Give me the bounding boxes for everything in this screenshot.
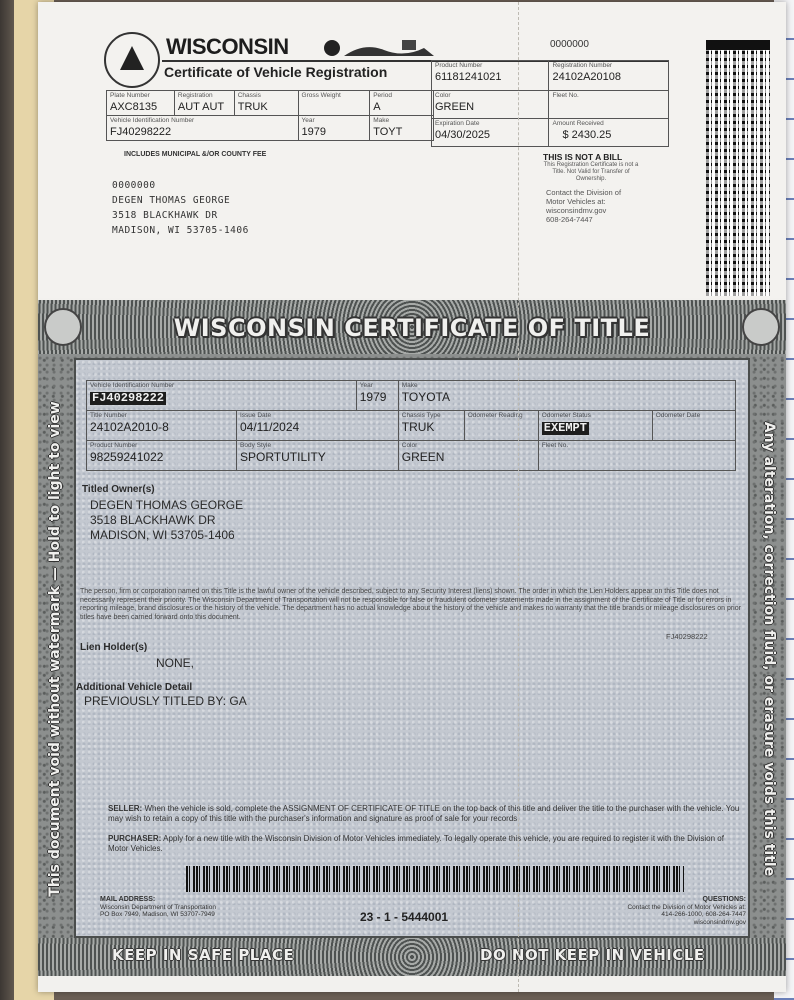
product-number-cell: Product Number61181241021 <box>432 61 549 91</box>
title-barcode <box>186 866 684 892</box>
dmv-contact: Contact the Division of Motor Vehicles a… <box>546 188 621 224</box>
vin-highlight: FJ40298222 <box>90 392 166 405</box>
mail-address: MAIL ADDRESS: Wisconsin Department of Tr… <box>100 896 216 919</box>
plate-number-cell: Plate NumberAXC8135 <box>107 91 175 116</box>
registration-grid-left: Plate NumberAXC8135 RegistrationAUT AUT … <box>106 90 434 141</box>
title-number-cell: Title Number24102A2010-8 <box>87 411 237 441</box>
titled-owners: DEGEN THOMAS GEORGE 3518 BLACKHAWK DR MA… <box>90 498 243 543</box>
questions-contact: QUESTIONS: Contact the Division of Motor… <box>596 896 746 926</box>
fee-note: INCLUDES MUNICIPAL &/OR COUNTY FEE <box>124 151 266 158</box>
lien-holders-value: NONE, <box>156 656 194 671</box>
title-vehicle-grid: Vehicle Identification NumberFJ40298222 … <box>86 380 736 471</box>
additional-detail-label: Additional Vehicle Detail <box>76 682 192 693</box>
odometer-reading-cell: Odometer Reading <box>464 411 538 441</box>
color-cell: ColorGREEN <box>432 91 549 119</box>
registration-control-number: 0000000 <box>550 39 589 50</box>
title-guilloche-footer: KEEP IN SAFE PLACE DO NOT KEEP IN VEHICL… <box>38 938 786 976</box>
not-a-bill-notice: THIS IS NOT A BILL This Registration Cer… <box>543 152 639 183</box>
mailing-address: 0000000 DEGEN THOMAS GEORGE 3518 BLACKHA… <box>112 178 249 238</box>
title-heading: WISCONSIN CERTIFICATE OF TITLE <box>38 314 786 342</box>
seller-instructions: SELLER: When the vehicle is sold, comple… <box>108 804 744 824</box>
additional-detail-value: PREVIOUSLY TITLED BY: GA <box>84 694 247 709</box>
document-sheet: WISCONSIN Certificate of Vehicle Registr… <box>38 2 786 992</box>
issue-date-cell: Issue Date04/11/2024 <box>237 411 399 441</box>
registration-grid-right: Product Number61181241021 Registration N… <box>431 60 669 147</box>
landscape-icon <box>324 38 434 58</box>
title-fleet-number-cell: Fleet No. <box>538 441 735 471</box>
keep-safe-banner: KEEP IN SAFE PLACE <box>112 946 294 964</box>
year-cell: Year1979 <box>298 116 370 141</box>
odometer-status-badge: EXEMPT <box>542 422 589 435</box>
left-security-border: This document void without watermark — H… <box>38 354 72 944</box>
registration-type-cell: RegistrationAUT AUT <box>174 91 234 116</box>
title-control-number: 23 - 1 - 5444001 <box>360 910 448 924</box>
do-not-keep-banner: DO NOT KEEP IN VEHICLE <box>480 946 705 964</box>
lien-holders-label: Lien Holder(s) <box>80 642 147 653</box>
purchaser-instructions: PURCHASER: Apply for a new title with th… <box>108 834 744 854</box>
legal-vin-reference: FJ40298222 <box>666 632 708 641</box>
registration-state-name: WISCONSIN <box>166 34 289 60</box>
expiration-date-cell: Expiration Date04/30/2025 <box>432 119 549 147</box>
body-style-cell: Body StyleSPORTUTILITY <box>237 441 399 471</box>
title-vin-cell: Vehicle Identification NumberFJ40298222 <box>87 381 357 411</box>
perforation-line <box>518 2 519 992</box>
chassis-cell: ChassisTRUK <box>234 91 298 116</box>
fleet-number-cell: Fleet No. <box>549 91 669 119</box>
period-cell: PeriodA <box>370 91 434 116</box>
amount-received-cell: Amount Received$ 2430.25 <box>549 119 669 147</box>
right-security-border: Any alteration, correction fluid, or era… <box>752 354 786 944</box>
titled-owners-label: Titled Owner(s) <box>82 484 155 495</box>
ownership-legal-text: The person, firm or corporation named on… <box>80 588 744 622</box>
chassis-type-cell: Chassis TypeTRUK <box>398 411 464 441</box>
odometer-status-cell: Odometer StatusEXEMPT <box>538 411 652 441</box>
registration-title: Certificate of Vehicle Registration <box>164 64 387 80</box>
certificate-of-title: WISCONSIN CERTIFICATE OF TITLE This docu… <box>38 300 786 976</box>
title-make-cell: MakeTOYOTA <box>398 381 735 411</box>
pdf417-barcode <box>706 40 770 296</box>
gross-weight-cell: Gross Weight <box>298 91 370 116</box>
odometer-date-cell: Odometer Date <box>652 411 735 441</box>
title-panel: Vehicle Identification NumberFJ40298222 … <box>74 358 750 938</box>
title-product-number-cell: Product Number98259241022 <box>87 441 237 471</box>
dot-seal-icon <box>104 32 160 88</box>
make-cell: MakeTOYT <box>370 116 434 141</box>
vin-cell: Vehicle Identification NumberFJ40298222 <box>107 116 299 141</box>
title-year-cell: Year1979 <box>356 381 398 411</box>
registration-certificate: WISCONSIN Certificate of Vehicle Registr… <box>38 2 786 298</box>
registration-number-cell: Registration Number24102A20108 <box>549 61 669 91</box>
